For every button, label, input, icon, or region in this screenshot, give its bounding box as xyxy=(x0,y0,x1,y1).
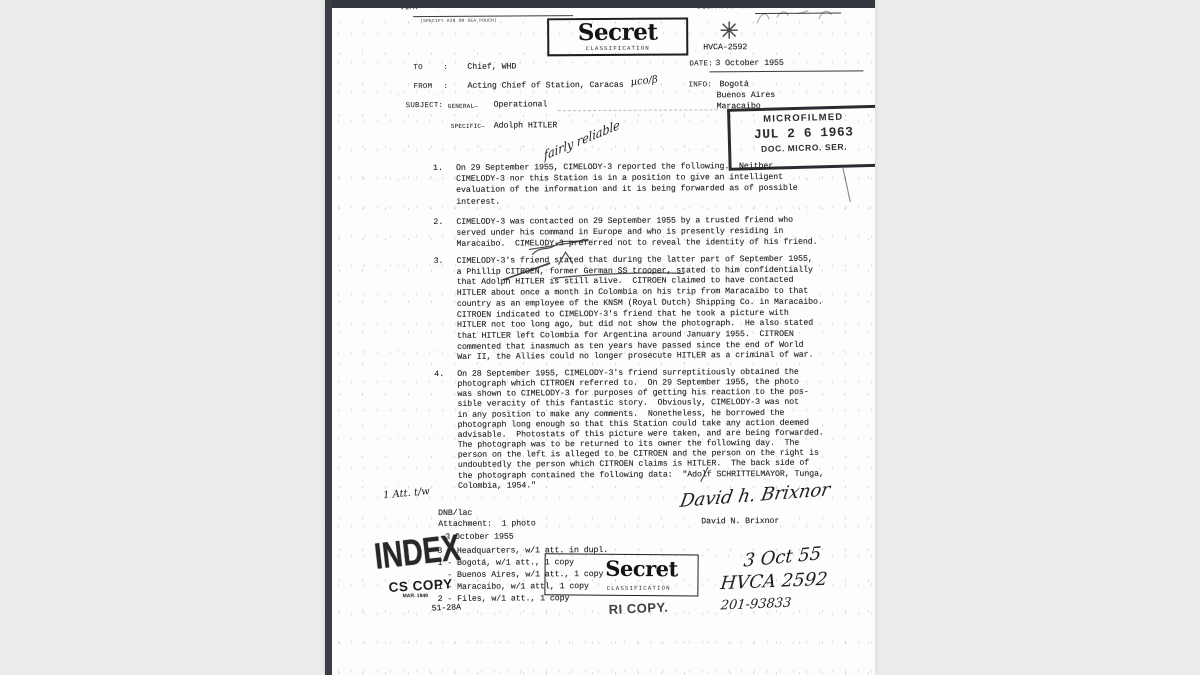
subject-dashed-line xyxy=(558,109,718,111)
cs-copy-stamp-date: MAR. 1949 xyxy=(403,593,428,599)
initials-line: DNB/lac xyxy=(438,507,472,520)
handwritten-ref: HVCA 2592 xyxy=(720,569,829,594)
paragraph-2-text: CIMELODY-3 was contacted on 29 September… xyxy=(456,214,856,250)
subject-label: SUBJECT: xyxy=(406,102,444,110)
microfilmed-stamp-date: JUL 2 6 1963 xyxy=(731,124,875,143)
from-colon: : xyxy=(444,83,449,91)
subject-general-value: Operational xyxy=(494,100,548,109)
date-underline xyxy=(709,70,863,72)
screenshot-root: VIA: Air (SPECIFY AIR OR SEA POUCH) DISP… xyxy=(0,0,1200,675)
to-label: TO xyxy=(413,64,422,72)
paragraph-2-number: 2. xyxy=(433,217,456,251)
document-content: VIA: Air (SPECIFY AIR OR SEA POUCH) DISP… xyxy=(325,0,875,675)
classification-box-top: Secret CLASSIFICATION xyxy=(547,17,688,56)
from-label: FROM xyxy=(414,83,433,91)
subject-general-label: GENERAL— xyxy=(448,103,478,110)
subject-specific-value: Adolph HITLER xyxy=(494,121,557,130)
signer-name: David N. Brixnor xyxy=(701,517,779,526)
paragraph-4: 4. On 28 September 1955, CIMELODY-3's fr… xyxy=(434,367,858,491)
paragraph-3-number: 3. xyxy=(434,257,458,364)
paragraph-2: 2. CIMELODY-3 was contacted on 29 Septem… xyxy=(433,214,856,250)
attachment-handwriting: 1 Att. t/w xyxy=(383,486,431,501)
paragraph-3-text: CIMELODY-3's friend stated that during t… xyxy=(457,254,858,363)
to-colon: : xyxy=(443,64,448,72)
classification-label-bottom: CLASSIFICATION xyxy=(607,585,671,592)
subject-specific-label: SPECIFIC— xyxy=(451,123,485,130)
classification-label-top: CLASSIFICATION xyxy=(549,44,686,52)
microfilmed-stamp-line3: DOC. MICRO. SER. xyxy=(731,141,875,155)
from-handwritten-mark: µco/β xyxy=(630,74,658,88)
scan-top-edge xyxy=(325,0,875,8)
paragraph-3: 3. CIMELODY-3's friend stated that durin… xyxy=(434,254,858,364)
handwritten-date: 3 Oct 55 xyxy=(743,543,822,572)
dispatch-underline xyxy=(755,13,841,15)
paragraph-4-number: 4. xyxy=(434,370,458,492)
via-note: (SPECIFY AIR OR SEA POUCH) xyxy=(420,19,497,24)
paragraph-1-number: 1. xyxy=(433,163,456,208)
to-value: Chief, WHD xyxy=(467,63,516,72)
classification-word-bottom: Secret xyxy=(585,556,697,582)
classification-word-top: Secret xyxy=(549,18,686,46)
handwritten-file-number: 201-93833 xyxy=(720,596,792,614)
date-label: DATE: xyxy=(689,60,713,68)
info-value-bogota: Bogotá xyxy=(719,80,748,89)
via-underline xyxy=(413,15,573,17)
ri-copy-stamp: RI COPY. xyxy=(608,600,668,617)
asterisk-mark xyxy=(721,22,737,38)
info-value-buenos-aires: Buenos Aires xyxy=(717,91,776,100)
scanned-document-page: VIA: Air (SPECIFY AIR OR SEA POUCH) DISP… xyxy=(325,0,875,675)
paragraph-1-text: On 29 September 1955, CIMELODY-3 reporte… xyxy=(456,160,856,207)
info-label: INFO: xyxy=(688,81,712,89)
paragraph-1: 1. On 29 September 1955, CIMELODY-3 repo… xyxy=(433,160,856,207)
from-value: Acting Chief of Station, Caracas xyxy=(467,81,623,91)
paragraph-4-text: On 28 September 1955, CIMELODY-3's frien… xyxy=(457,367,858,491)
scan-left-edge xyxy=(325,0,332,675)
form-number: 51-28A xyxy=(432,603,462,613)
date-value: 3 October 1955 xyxy=(715,59,783,68)
ref-number: HVCA-2592 xyxy=(703,43,747,52)
